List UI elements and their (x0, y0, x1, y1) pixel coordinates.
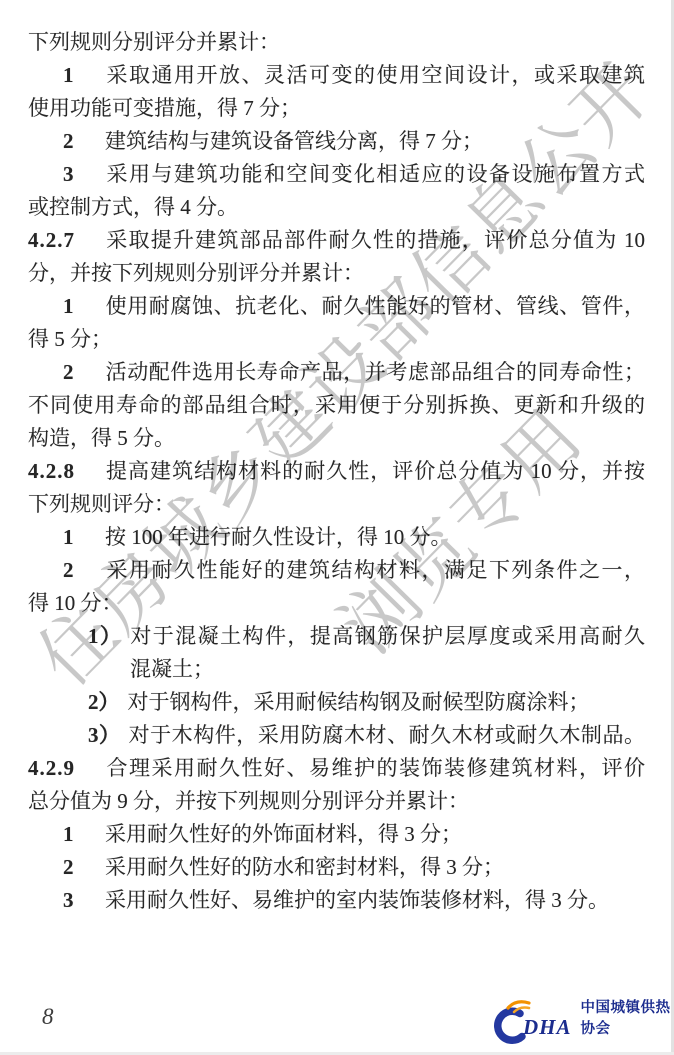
item-number: 3） (88, 723, 121, 747)
line-text: 得 10 分： (28, 591, 123, 615)
text-line: 4.2.9合理采用耐久性好、易维护的装饰装修建筑材料，评价 (28, 752, 645, 785)
line-text: 对于钢构件，采用耐候结构钢及耐候型防腐涂料； (128, 690, 590, 714)
item-number: 4.2.9 (28, 752, 86, 785)
footer-logo: DHA 中国城镇供热协会 (486, 1000, 674, 1046)
line-text: 建筑结构与建筑设备管线分离，得 7 分； (105, 129, 483, 153)
text-line: 总分值为 9 分，并按下列规则分别评分并累计： (28, 785, 645, 818)
item-number: 1 (63, 521, 75, 554)
line-text: 混凝土； (130, 657, 214, 681)
text-line: 或控制方式，得 4 分。 (28, 191, 645, 224)
text-line: 使用功能可变措施，得 7 分； (28, 92, 645, 125)
line-text: 采取提升建筑部品部件耐久性的措施，评价总分值为 10 (105, 228, 645, 252)
text-line: 4.2.8提高建筑结构材料的耐久性，评价总分值为 10 分，并按 (28, 455, 645, 488)
text-line: 分，并按下列规则分别评分并累计： (28, 257, 645, 290)
item-number: 1 (63, 818, 75, 851)
line-text: 使用耐腐蚀、抗老化、耐久性能好的管材、管线、管件， (105, 294, 645, 318)
line-text: 按 100 年进行耐久性设计，得 10 分。 (105, 525, 452, 549)
line-text: 分，并按下列规则分别评分并累计： (28, 261, 364, 285)
line-text: 下列规则分别评分并累计： (28, 30, 280, 54)
text-line: 4.2.7采取提升建筑部品部件耐久性的措施，评价总分值为 10 (28, 224, 645, 257)
line-text: 得 5 分； (28, 327, 112, 351)
item-number: 2） (88, 690, 120, 714)
text-line: 混凝土； (28, 653, 645, 686)
text-line: 2采用耐久性能好的建筑结构材料，满足下列条件之一， (28, 554, 645, 587)
item-number: 4.2.8 (28, 455, 86, 488)
text-line: 得 10 分： (28, 587, 645, 620)
item-number: 1 (63, 59, 75, 92)
item-number: 3 (63, 158, 75, 191)
line-text: 活动配件选用长寿命产品，并考虑部品组合的同寿命性； (105, 360, 645, 384)
line-text: 或控制方式，得 4 分。 (28, 195, 238, 219)
text-line: 下列规则评分： (28, 488, 645, 521)
item-number: 4.2.7 (28, 224, 86, 257)
line-text: 下列规则评分： (28, 492, 175, 516)
text-line: 2建筑结构与建筑设备管线分离，得 7 分； (28, 125, 645, 158)
text-line: 构造，得 5 分。 (28, 422, 645, 455)
text-line: 2采用耐久性好的防水和密封材料，得 3 分； (28, 851, 645, 884)
line-text: 使用功能可变措施，得 7 分； (28, 96, 301, 120)
line-text: 采取通用开放、灵活可变的使用空间设计，或采取建筑 (105, 63, 645, 87)
logo-org-name: 中国城镇供热协会 (581, 996, 674, 1038)
item-number: 1 (63, 290, 75, 323)
text-line: 3采用与建筑功能和空间变化相适应的设备设施布置方式 (28, 158, 645, 191)
line-text: 总分值为 9 分，并按下列规则分别评分并累计： (28, 789, 469, 813)
item-number: 2 (63, 851, 75, 884)
line-text: 采用耐久性能好的建筑结构材料，满足下列条件之一， (105, 558, 645, 582)
text-line: 2）对于钢构件，采用耐候结构钢及耐候型防腐涂料； (28, 686, 645, 719)
logo-acronym: DHA (523, 1015, 572, 1040)
line-text: 采用耐久性好、易维护的室内装饰装修材料，得 3 分。 (105, 888, 609, 912)
text-line: 3采用耐久性好、易维护的室内装饰装修材料，得 3 分。 (28, 884, 645, 917)
text-line: 得 5 分； (28, 323, 645, 356)
line-text: 采用耐久性好的防水和密封材料，得 3 分； (105, 855, 504, 879)
line-text: 对于混凝土构件，提高钢筋保护层厚度或采用高耐久 (130, 624, 645, 648)
text-line: 2活动配件选用长寿命产品，并考虑部品组合的同寿命性； (28, 356, 645, 389)
text-line: 不同使用寿命的部品组合时，采用便于分别拆换、更新和升级的 (28, 389, 645, 422)
text-line: 3）对于木构件，采用防腐木材、耐久木材或耐久木制品。 (28, 719, 645, 752)
text-line: 下列规则分别评分并累计： (28, 26, 645, 59)
text-line: 1采用耐久性好的外饰面材料，得 3 分； (28, 818, 645, 851)
page-number: 8 (42, 1004, 54, 1030)
text-line: 1按 100 年进行耐久性设计，得 10 分。 (28, 521, 645, 554)
item-number: 2 (63, 125, 75, 158)
item-number: 1） (88, 624, 122, 648)
item-number: 3 (63, 884, 75, 917)
scanned-document-page: { "page": { "number": "8", "watermark": … (0, 0, 674, 1055)
line-text: 采用与建筑功能和空间变化相适应的设备设施布置方式 (105, 162, 645, 186)
line-text: 合理采用耐久性好、易维护的装饰装修建筑材料，评价 (105, 756, 645, 780)
text-line: 1采取通用开放、灵活可变的使用空间设计，或采取建筑 (28, 59, 645, 92)
line-text: 不同使用寿命的部品组合时，采用便于分别拆换、更新和升级的 (28, 393, 645, 417)
item-number: 2 (63, 554, 75, 587)
item-number: 2 (63, 356, 75, 389)
document-body: 下列规则分别评分并累计：1采取通用开放、灵活可变的使用空间设计，或采取建筑使用功… (28, 26, 645, 917)
line-text: 采用耐久性好的外饰面材料，得 3 分； (105, 822, 462, 846)
line-text: 对于木构件，采用防腐木材、耐久木材或耐久木制品。 (129, 723, 645, 747)
line-text: 提高建筑结构材料的耐久性，评价总分值为 10 分，并按 (105, 459, 645, 483)
line-text: 构造，得 5 分。 (28, 426, 175, 450)
text-line: 1使用耐腐蚀、抗老化、耐久性能好的管材、管线、管件， (28, 290, 645, 323)
text-line: 1）对于混凝土构件，提高钢筋保护层厚度或采用高耐久 (28, 620, 645, 653)
